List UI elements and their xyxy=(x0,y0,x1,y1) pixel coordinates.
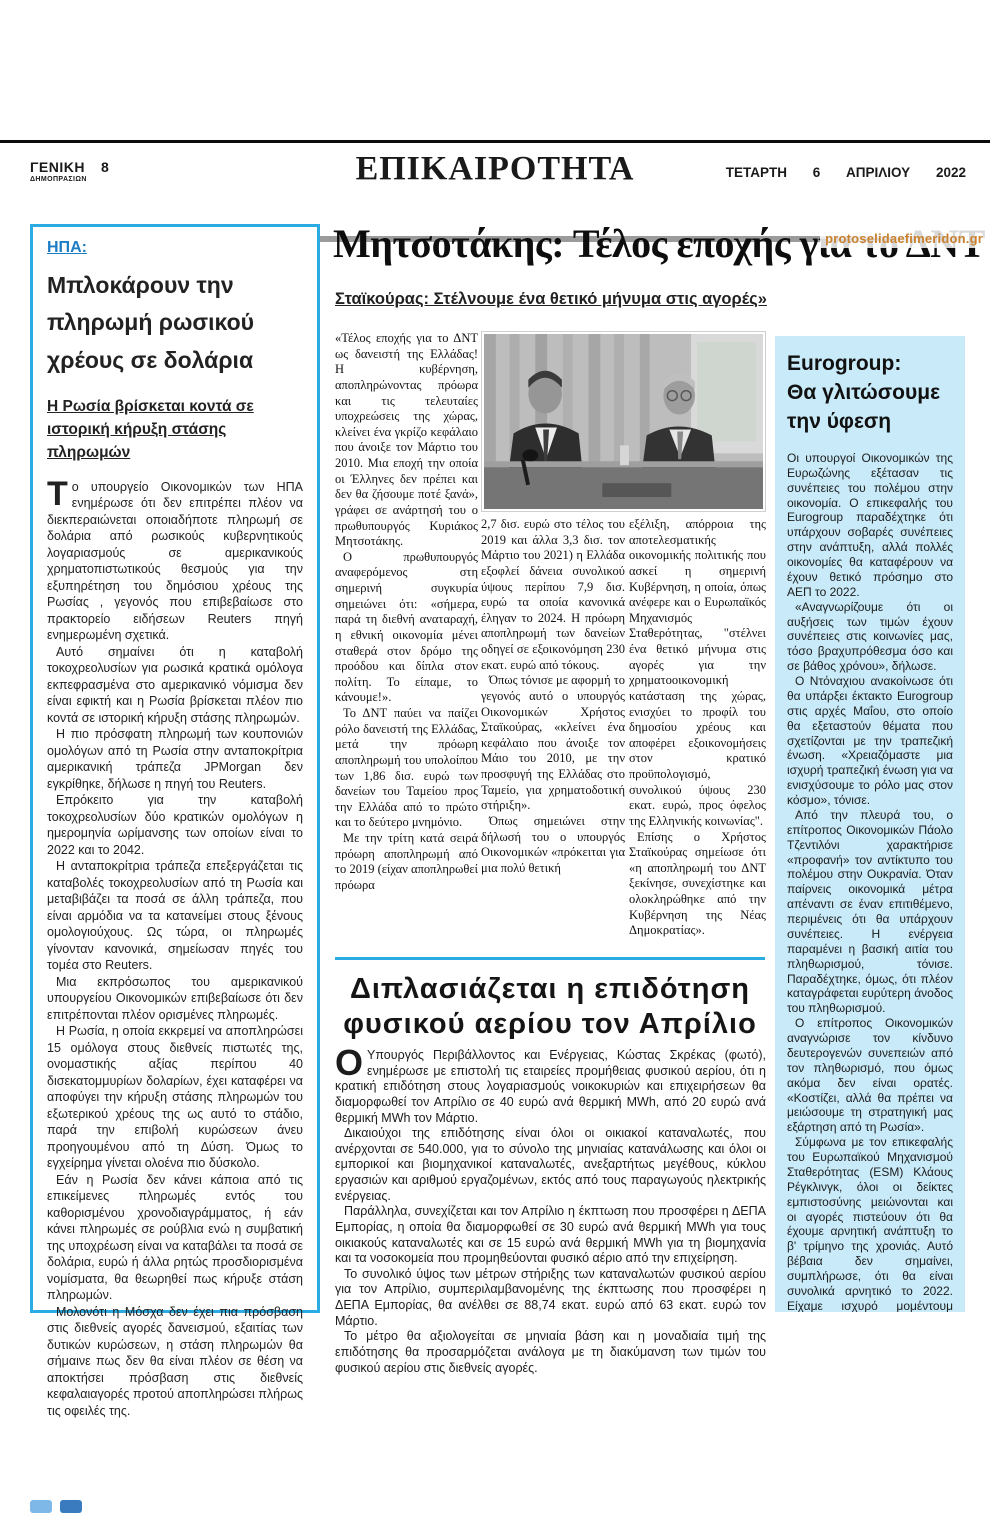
paragraph: Η ανταποκρίτρια τράπεζα επεξεργάζεται τι… xyxy=(47,858,303,974)
paragraph: Η Ρωσία, η οποία εκκρεμεί να αποπληρώσει… xyxy=(47,1023,303,1172)
paragraph: Ο Ντόναχιου ανακοίνωσε ότι θα υπάρξει έκ… xyxy=(787,674,953,808)
main-article-column-1: «Τέλος εποχής για το ΔΝΤ ως δανειστή της… xyxy=(335,331,478,958)
paragraph: ΟΥπουργός Περιβάλλοντος και Ενέργειας, Κ… xyxy=(335,1048,766,1126)
paragraph: 2,7 δισ. ευρώ στο τέλος του 2019 και άλλ… xyxy=(481,517,625,673)
sidebar-title-line: Eurogroup: xyxy=(787,350,953,379)
top-divider xyxy=(0,140,990,143)
drop-cap: Τ xyxy=(47,481,68,507)
masthead-section-sub: ΔΗΜΟΠΡΑΣΙΩΝ xyxy=(30,176,109,183)
gas-title-line: φυσικού αερίου τον Απρίλιο xyxy=(335,1007,765,1042)
section-divider xyxy=(335,957,765,960)
masthead-section-label: ΓΕΝΙΚΗ xyxy=(30,159,85,175)
masthead-date-num: 6 xyxy=(813,165,821,180)
footer-logo-marks xyxy=(30,1500,90,1518)
paragraph: Το μέτρο θα αξιολογείται σε μηνιαία βάση… xyxy=(335,1329,766,1376)
us-debt-subhead: Η Ρωσία βρίσκεται κοντά σε ιστορική κήρυ… xyxy=(47,395,303,465)
paragraph: εξέλιξη, απόρροια της αποτελεσματικής οι… xyxy=(629,517,766,830)
paragraph: Αυτό σημαίνει ότι η καταβολή τοκοχρεολυσ… xyxy=(47,644,303,727)
paragraph: Παράλληλα, συνεχίζεται και τον Απρίλιο η… xyxy=(335,1204,766,1267)
eurogroup-sidebar: Eurogroup: Θα γλιτώσουμε την ύφεση Οι υπ… xyxy=(775,336,965,1312)
paragraph: Ο επίτροπος Οικονομικών αναγνώρισε τον κ… xyxy=(787,1016,953,1135)
sidebar-title: Eurogroup: Θα γλιτώσουμε την ύφεση xyxy=(787,350,953,437)
masthead-date-month: ΑΠΡΙΛΙΟΥ xyxy=(846,165,910,180)
us-debt-headline: Μπλοκάρουν την πληρωμή ρωσικού χρέους σε… xyxy=(47,267,303,379)
footer-mark-icon xyxy=(60,1500,82,1513)
paragraph: Η πιο πρόσφατη πληρωμή των κουπονιών ομο… xyxy=(47,726,303,792)
masthead-date: ΤΕΤΑΡΤΗ 6 ΑΠΡΙΛΙΟΥ 2022 xyxy=(726,165,966,180)
drop-cap: Ο xyxy=(335,1049,363,1077)
site-watermark: protoselidaefimeridon.gr xyxy=(820,229,988,248)
masthead-title: ΕΠΙΚΑΙΡΟΤΗΤΑ xyxy=(280,150,710,188)
masthead-page-number: 8 xyxy=(101,159,109,175)
paragraph: Από την πλευρά του, ο επίτροπος Οικονομι… xyxy=(787,808,953,1016)
gas-article-title: Διπλασιάζεται η επιδότηση φυσικού αερίου… xyxy=(335,972,765,1042)
main-article-column-2: 2,7 δισ. ευρώ στο τέλος του 2019 και άλλ… xyxy=(481,517,625,958)
paragraph: Το συνολικό ύψος των μέτρων στήριξης των… xyxy=(335,1267,766,1330)
paragraph: «Τέλος εποχής για το ΔΝΤ ως δανειστή της… xyxy=(335,331,478,550)
paragraph: Μια εκπρόσωπος του αμερικανικού υπουργεί… xyxy=(47,974,303,1024)
sidebar-title-line: την ύφεση xyxy=(787,408,953,437)
masthead-date-day: ΤΕΤΑΡΤΗ xyxy=(726,165,787,180)
gas-title-line: Διπλασιάζεται η επιδότηση xyxy=(335,972,765,1007)
paragraph: Όπως τόνισε με αφορμή το γεγονός αυτό ο … xyxy=(481,673,625,814)
photo-mitsotakis-staikouras xyxy=(484,334,763,509)
paragraph: Όπως σημειώνει στην δήλωσή του ο υπουργό… xyxy=(481,814,625,877)
main-subhead: Σταϊκούρας: Στέλνουμε ένα θετικό μήνυμα … xyxy=(335,290,765,309)
sidebar-title-line: Θα γλιτώσουμε xyxy=(787,379,953,408)
paragraph: «Αναγνωρίζουμε ότι οι αυξήσεις των τιμών… xyxy=(787,600,953,674)
masthead-date-year: 2022 xyxy=(936,165,966,180)
us-debt-article-box: ΗΠΑ: Μπλοκάρουν την πληρωμή ρωσικού χρέο… xyxy=(30,224,320,1313)
paragraph: Το υπουργείο Οικονομικών των ΗΠΑ ενημέρω… xyxy=(47,479,303,644)
paragraph: Με την τρίτη κατά σειρά πρόωρη αποπληρωμ… xyxy=(335,831,478,894)
footer-mark-icon xyxy=(30,1500,52,1513)
us-debt-body: Το υπουργείο Οικονομικών των ΗΠΑ ενημέρω… xyxy=(47,479,303,1420)
article-photo-frame xyxy=(481,331,766,512)
paragraph: Επίσης ο Χρήστος Σταϊκούρας σημείωσε ότι… xyxy=(629,830,766,939)
paragraph: Επρόκειτο για την καταβολή τοκοχρεολυσίω… xyxy=(47,792,303,858)
paragraph: Το ΔΝΤ παύει να παίζει ρόλο δανειστή της… xyxy=(335,706,478,831)
paragraph: Σύμφωνα με τον επικεφαλής του Ευρωπαϊκού… xyxy=(787,1135,953,1312)
masthead-section: ΓΕΝΙΚΗ8 ΔΗΜΟΠΡΑΣΙΩΝ xyxy=(30,160,109,183)
gas-article-body: ΟΥπουργός Περιβάλλοντος και Ενέργειας, Κ… xyxy=(335,1048,766,1376)
paragraph: Εάν η Ρωσία δεν κάνει κάποια από τις επι… xyxy=(47,1172,303,1304)
newspaper-page: ΓΕΝΙΚΗ8 ΔΗΜΟΠΡΑΣΙΩΝ ΕΠΙΚΑΙΡΟΤΗΤΑ ΤΕΤΑΡΤΗ… xyxy=(0,0,990,1530)
paragraph: Δικαιούχοι της επιδότησης είναι όλοι οι … xyxy=(335,1126,766,1204)
kicker-usa: ΗΠΑ: xyxy=(47,239,303,257)
paragraph-text: ο υπουργείο Οικονομικών των ΗΠΑ ενημέρωσ… xyxy=(47,480,303,643)
paragraph: Μολονότι η Μόσχα δεν έχει πια πρόσβαση σ… xyxy=(47,1304,303,1420)
main-article-column-3: εξέλιξη, απόρροια της αποτελεσματικής οι… xyxy=(629,517,766,958)
paragraph: Ο πρωθυπουργός αναφερόμενος στη σημερινή… xyxy=(335,550,478,706)
paragraph: Οι υπουργοί Οικονομικών της Ευρωζώνης εξ… xyxy=(787,451,953,600)
paragraph-text: Υπουργός Περιβάλλοντος και Ενέργειας, Κώ… xyxy=(335,1048,766,1125)
